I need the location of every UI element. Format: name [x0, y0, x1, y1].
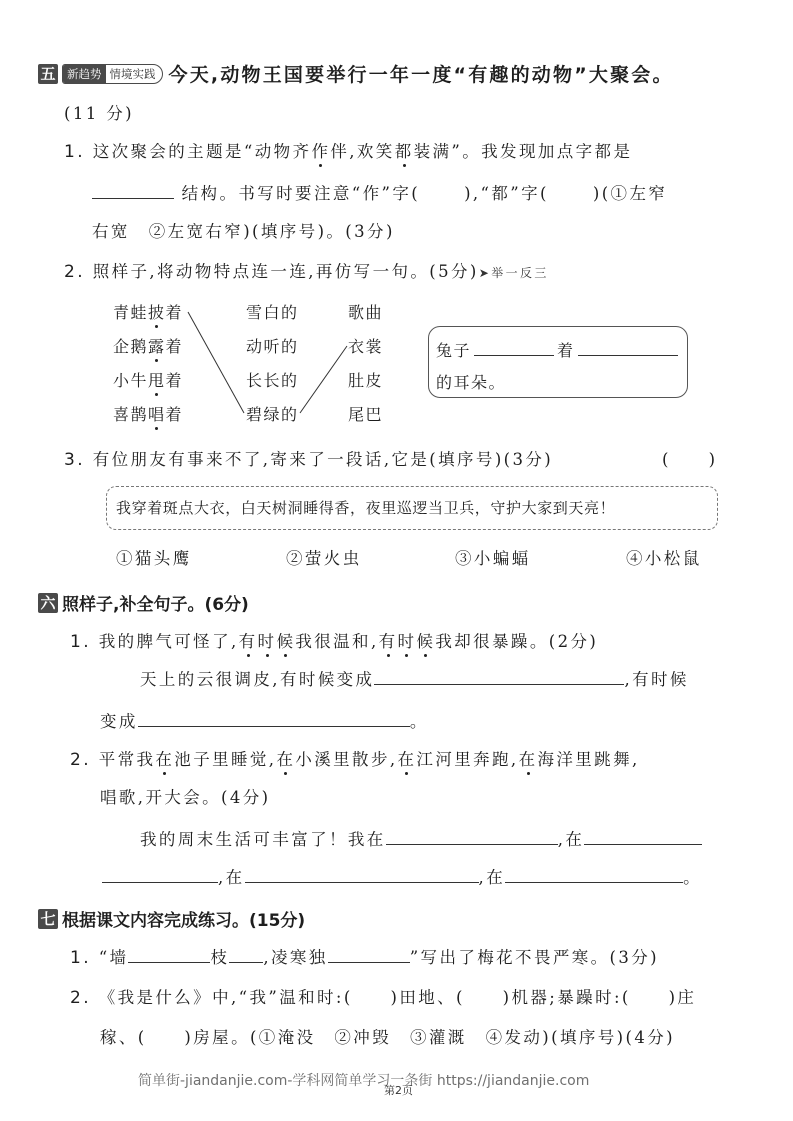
- emphasis-chars: 有时候: [239, 632, 296, 651]
- section6-header: 六 照样子,补全句子。(6分): [38, 590, 249, 615]
- example-line1: 兔子着: [436, 338, 678, 361]
- question-number: 1.: [70, 948, 91, 968]
- q-text: 我却很暴躁。(2分): [435, 632, 598, 651]
- s7-q2-line2: 稼、( )房屋。(①淹没 ②冲毁 ③灌溉 ④发动)(填序号)(4分): [100, 1024, 675, 1048]
- answer-blank[interactable]: [386, 830, 558, 845]
- q-text: “墙: [99, 948, 129, 967]
- fill-text: ,在: [558, 830, 585, 849]
- answer-blank[interactable]: [102, 868, 218, 883]
- emphasis-char: 在: [155, 750, 174, 769]
- q3-option[interactable]: ③小蝙蝠: [455, 545, 531, 569]
- fill-text: 。: [683, 868, 702, 887]
- s6-q2-line2: 唱歌,开大会。(4分): [100, 784, 271, 808]
- fill-text: 。: [410, 712, 429, 731]
- question-number: 2.: [70, 988, 91, 1008]
- emphasis-char: 在: [276, 750, 295, 769]
- q-text: 《我是什么》中,“我”温和时:( )田地、( )机器;暴躁时:( )庄: [99, 988, 697, 1007]
- answer-blank[interactable]: [584, 830, 702, 845]
- quote-text: 我穿着斑点大衣，白天树洞睡得香，夜里巡逻当卫兵，守护大家到天亮！: [116, 497, 615, 518]
- answer-blank[interactable]: [474, 341, 554, 356]
- q-text: 池子里睡觉,: [174, 750, 276, 769]
- fill-text: 天上的云很调皮,有时候变成: [140, 670, 374, 689]
- example-text: 着: [557, 341, 575, 360]
- fill-text: 我的周末生活可丰富了！我在: [140, 830, 386, 849]
- q-text: ”写出了梅花不畏严寒。(3分): [410, 948, 659, 967]
- q-text: 我的脾气可怪了,: [99, 632, 239, 651]
- section-badge: 六: [38, 593, 58, 613]
- fill-text: ,在: [479, 868, 506, 887]
- q-text: 小溪里散步,: [295, 750, 397, 769]
- q-text: 平常我: [99, 750, 156, 769]
- fill-text: ,在: [218, 868, 245, 887]
- answer-blank[interactable]: [229, 948, 263, 963]
- s6-q1-fill1: 天上的云很调皮,有时候变成,有时候: [140, 666, 689, 690]
- answer-blank[interactable]: [328, 948, 410, 963]
- section7-title: 根据课文内容完成练习。(15分): [62, 906, 305, 931]
- question-number: 3.: [64, 450, 85, 470]
- q3-option[interactable]: ②萤火虫: [286, 545, 362, 569]
- q-text: 海洋里跳舞,: [537, 750, 639, 769]
- s6-q2-fill2: ,在,在。: [102, 864, 702, 888]
- emphasis-chars: 有时候: [379, 632, 436, 651]
- q3-answer-paren[interactable]: ( ): [662, 446, 717, 470]
- q-text: ,凌寒独: [263, 948, 327, 967]
- s7-q2-line1: 2. 《我是什么》中,“我”温和时:( )田地、( )机器;暴躁时:( )庄: [70, 984, 696, 1008]
- s6-q1-fill2: 变成。: [100, 708, 429, 732]
- answer-blank[interactable]: [374, 670, 624, 685]
- fill-text: ,有时候: [624, 670, 688, 689]
- section7-header: 七 根据课文内容完成练习。(15分): [38, 906, 305, 931]
- answer-blank[interactable]: [138, 712, 410, 727]
- q3-option[interactable]: ④小松鼠: [626, 545, 702, 569]
- q-text: 我很温和,: [295, 632, 378, 651]
- s7-q1: 1. “墙枝,凌寒独”写出了梅花不畏严寒。(3分): [70, 944, 659, 968]
- q3-option[interactable]: ①猫头鹰: [116, 545, 192, 569]
- emphasis-char: 在: [398, 750, 417, 769]
- answer-blank[interactable]: [578, 341, 678, 356]
- q3-prompt: 3. 有位朋友有事来不了,寄来了一段话,它是(填序号)(3分): [64, 446, 553, 470]
- question-number: 1.: [70, 632, 91, 652]
- s6-q2-fill1: 我的周末生活可丰富了！我在,在: [140, 826, 702, 850]
- emphasis-char: 在: [519, 750, 538, 769]
- answer-blank[interactable]: [505, 868, 683, 883]
- example-text: 兔子: [436, 341, 471, 360]
- s6-q1-line1: 1. 我的脾气可怪了,有时候我很温和,有时候我却很暴躁。(2分): [70, 628, 598, 652]
- example-line2: 的耳朵。: [436, 370, 506, 393]
- footer-watermark: 简单街-jiandanjie.com-学科网简单学习一条街 https://ji…: [138, 1070, 589, 1090]
- q3-text: 有位朋友有事来不了,寄来了一段话,它是(填序号)(3分): [93, 450, 553, 469]
- page-number: 第2页: [384, 1082, 413, 1098]
- section6-title: 照样子,补全句子。(6分): [62, 590, 249, 615]
- fill-text: 变成: [100, 712, 138, 731]
- section-badge: 七: [38, 909, 58, 929]
- q-text: 江河里奔跑,: [416, 750, 518, 769]
- q-text: 枝: [210, 948, 229, 967]
- s6-q2-line1: 2. 平常我在池子里睡觉,在小溪里散步,在江河里奔跑,在海洋里跳舞,: [70, 746, 640, 770]
- question-number: 2.: [70, 750, 91, 770]
- answer-blank[interactable]: [128, 948, 210, 963]
- answer-blank[interactable]: [245, 868, 479, 883]
